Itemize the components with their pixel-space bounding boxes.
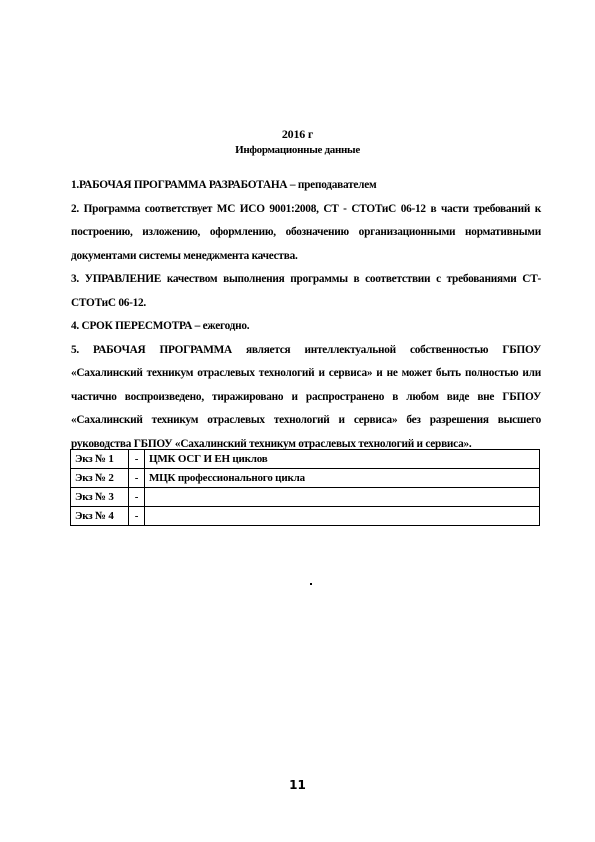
dash-cell: - — [129, 488, 145, 507]
copy-number-cell: Экз № 2 — [71, 469, 129, 488]
page-number: 11 — [0, 778, 595, 792]
table-row: Экз № 1 - ЦМК ОСГ И ЕН циклов — [71, 450, 540, 469]
dash-cell: - — [129, 450, 145, 469]
paragraph-review-period: 4. СРОК ПЕРЕСМОТРА – ежегодно. — [71, 315, 541, 339]
section-title: Информационные данные — [0, 144, 595, 156]
document-year: 2016 г — [0, 127, 595, 142]
copy-number-cell: Экз № 1 — [71, 450, 129, 469]
holder-cell — [145, 507, 540, 526]
table-row: Экз № 4 - — [71, 507, 540, 526]
dash-cell: - — [129, 507, 145, 526]
copy-number-cell: Экз № 3 — [71, 488, 129, 507]
document-page: 2016 г Информационные данные 1.РАБОЧАЯ П… — [0, 0, 595, 842]
dash-cell: - — [129, 469, 145, 488]
paragraph-compliance: 2. Программа соответствует МС ИСО 9001:2… — [71, 198, 541, 269]
holder-cell — [145, 488, 540, 507]
paragraph-developer: 1.РАБОЧАЯ ПРОГРАММА РАЗРАБОТАНА – препод… — [71, 174, 541, 198]
paragraph-intellectual-property: 5. РАБОЧАЯ ПРОГРАММА является интеллекту… — [71, 339, 541, 457]
copies-table: Экз № 1 - ЦМК ОСГ И ЕН циклов Экз № 2 - … — [70, 449, 540, 526]
table-row: Экз № 3 - — [71, 488, 540, 507]
table-row: Экз № 2 - МЦК профессионального цикла — [71, 469, 540, 488]
copy-number-cell: Экз № 4 — [71, 507, 129, 526]
paragraph-quality-management: 3. УПРАВЛЕНИЕ качеством выполнения прогр… — [71, 268, 541, 315]
holder-cell: МЦК профессионального цикла — [145, 469, 540, 488]
holder-cell: ЦМК ОСГ И ЕН циклов — [145, 450, 540, 469]
stray-mark — [310, 583, 312, 585]
info-body: 1.РАБОЧАЯ ПРОГРАММА РАЗРАБОТАНА – препод… — [71, 174, 541, 456]
copies-table-wrapper: Экз № 1 - ЦМК ОСГ И ЕН циклов Экз № 2 - … — [70, 449, 540, 526]
